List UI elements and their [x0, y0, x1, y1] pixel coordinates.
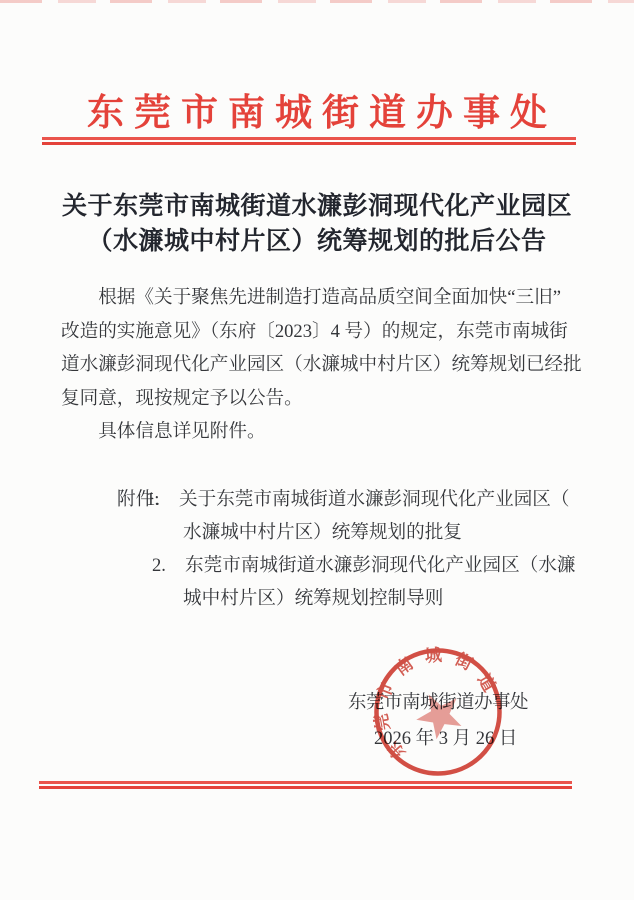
attachment-1-number: 1.	[146, 484, 179, 517]
letterhead-title: 东莞市南城街道办事处	[0, 82, 634, 136]
attachment-2-number: 2.	[152, 550, 185, 583]
paragraph1-line4: 复同意，现按规定予以公告。	[61, 382, 577, 416]
paragraph1-line3: 道水濂彭洞现代化产业园区（水濂城中村片区）统筹规划已经批	[61, 348, 577, 382]
attachment-2-line2: 城中村片区）统筹规划控制导则	[183, 583, 443, 616]
attachment-2-text1: 东莞市南城街道水濂彭洞现代化产业园区（水濂	[185, 555, 575, 576]
footer-divider	[39, 781, 572, 789]
paragraph1-line2: 改造的实施意见》（东府〔2023〕4 号）的规定，东莞市南城街	[61, 315, 577, 349]
scan-edge-artifact	[0, 0, 634, 3]
attachment-1-text1: 关于东莞市南城街道水濂彭洞现代化产业园区（	[179, 489, 569, 510]
document-title: 关于东莞市南城街道水濂彭洞现代化产业园区 （水濂城中村片区）统筹规划的批后公告	[0, 189, 634, 259]
official-seal: 东莞市南城街道办事处	[347, 621, 528, 802]
divider-thick-line	[39, 786, 572, 789]
document-page: 东莞市南城街道办事处 关于东莞市南城街道水濂彭洞现代化产业园区 （水濂城中村片区…	[0, 0, 634, 900]
seal-star-icon	[408, 684, 469, 744]
document-title-line2: （水濂城中村片区）统筹规划的批后公告	[0, 224, 634, 259]
seal-graphic: 东莞市南城街道办事处	[347, 621, 528, 802]
document-title-line1: 关于东莞市南城街道水濂彭洞现代化产业园区	[0, 189, 634, 224]
divider-thick-line	[42, 142, 576, 145]
paragraph2: 具体信息详见附件。	[61, 415, 577, 449]
attachment-2-line1: 2.东莞市南城街道水濂彭洞现代化产业园区（水濂	[152, 550, 575, 583]
paragraph1-line1: 根据《关于聚焦先进制造打造高品质空间全面加快“三旧”	[61, 281, 577, 315]
attachment-1-line1: 1.关于东莞市南城街道水濂彭洞现代化产业园区（	[146, 484, 569, 517]
letterhead-divider	[42, 137, 576, 145]
body-paragraphs: 根据《关于聚焦先进制造打造高品质空间全面加快“三旧” 改造的实施意见》（东府〔2…	[61, 281, 577, 449]
seal-arc-text: 东莞市南城街道办事处	[347, 621, 509, 769]
attachment-1-line2: 水濂城中村片区）统筹规划的批复	[183, 517, 462, 550]
